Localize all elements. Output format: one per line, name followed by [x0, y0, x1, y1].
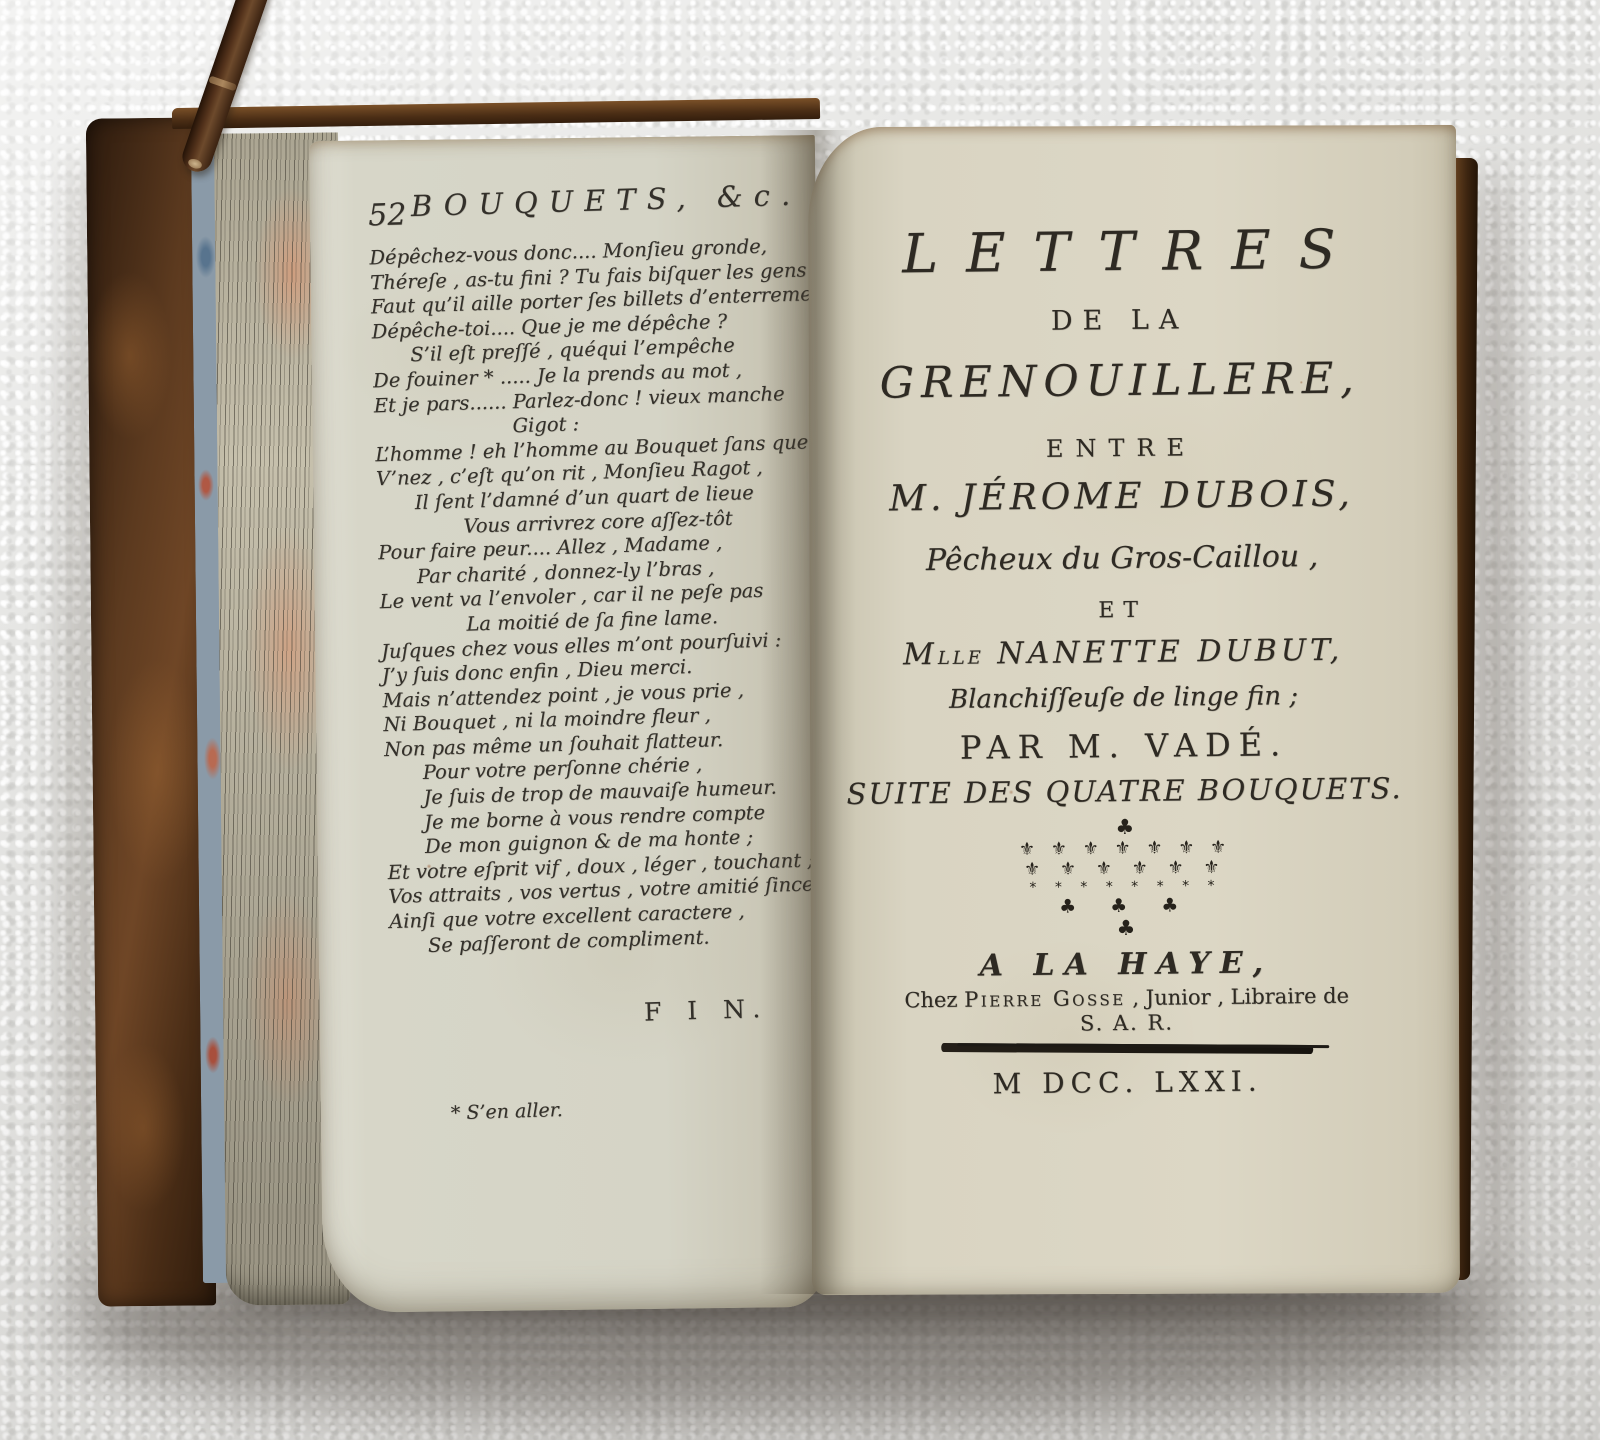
character-name-1: M. JÉROME DUBOIS,: [812, 473, 1430, 520]
typographic-fleuron-ornament: ♣⚜ ⚜ ⚜ ⚜ ⚜ ⚜ ⚜⚜ ⚜ ⚜ ⚜ ⚜ ⚜* * * * * * * *…: [816, 814, 1435, 942]
character-desc-2: Blanchiſſeuſe de linge fin ;: [814, 680, 1432, 716]
ornament-row: ♣: [817, 915, 1435, 942]
character-desc-1: Pêcheux du Gros-Caillou ,: [813, 538, 1431, 579]
title-page: LETTRES DE LA GRENOUILLERE, ENTRE M. JÉR…: [808, 125, 1460, 1295]
book-title-line-1: LETTRES: [810, 217, 1429, 286]
name2-mlle-abbrev: LLE: [938, 647, 984, 668]
name2-initial: M: [903, 637, 938, 672]
imprint-date: M DCC. LXXI.: [818, 1063, 1436, 1102]
imprint-sar: S. A. R.: [818, 1008, 1436, 1038]
gutter-shadow: [760, 130, 856, 1294]
imprint-publisher-name: Pierre Gosse: [964, 986, 1126, 1012]
et-label: ET: [814, 595, 1432, 626]
name2-rest: NANETTE DUBUT,: [984, 633, 1344, 672]
title-page-text: LETTRES DE LA GRENOUILLERE, ENTRE M. JÉR…: [809, 125, 1437, 1102]
left-page: 52 BOUQUETS, &c. Dépêchez-vous donc.... …: [309, 135, 829, 1313]
running-head: 52 BOUQUETS, &c.: [367, 177, 806, 234]
page-number: 52: [368, 197, 407, 233]
imprint-city: A LA HAYE,: [817, 944, 1435, 985]
running-title: BOUQUETS, &c.: [406, 177, 807, 223]
series-line: SUITE DES QUATRE BOUQUETS.: [815, 771, 1433, 811]
author-line: PAR M. VADÉ.: [815, 724, 1433, 768]
entre-label: ENTRE: [812, 431, 1430, 465]
imprint-chez: Chez: [904, 988, 964, 1013]
imprint-role: , Junior , Libraire de: [1126, 984, 1350, 1010]
printers-rule: [941, 1043, 1313, 1054]
character-name-2: MLLE NANETTE DUBUT,: [814, 632, 1432, 673]
book-title-line-3: GRENOUILLERE,: [811, 353, 1429, 409]
book-title-line-2: DE LA: [810, 302, 1428, 339]
